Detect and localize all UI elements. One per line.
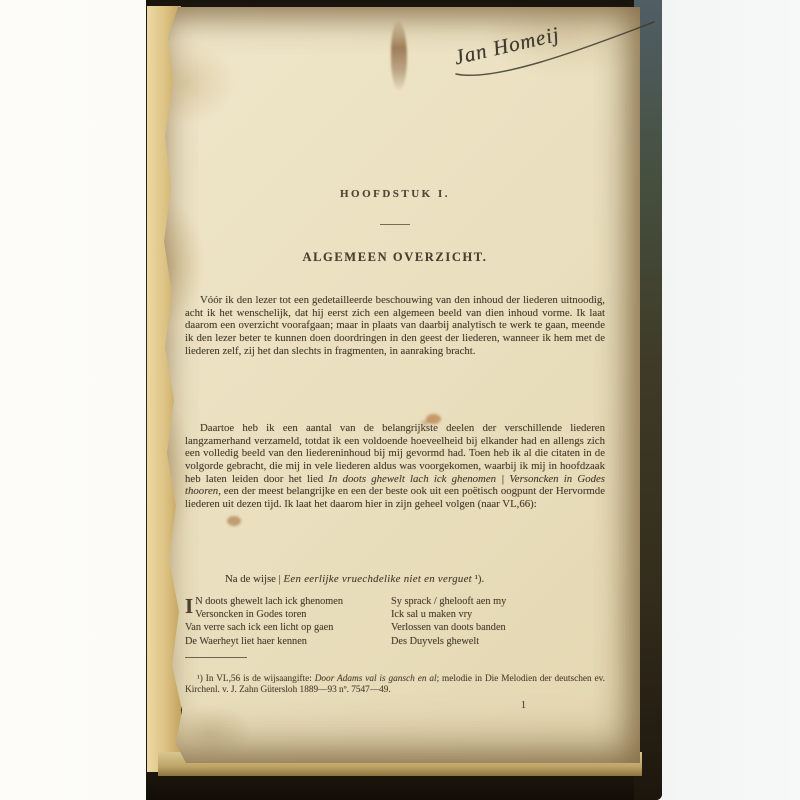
book-photo: Jan Homeij HOOFDSTUK I. ALGEMEEN OVERZIC…	[0, 0, 800, 800]
page-number: 1	[521, 700, 541, 711]
footnote: ¹) In VL,56 is de wijsaangifte: Door Ada…	[185, 674, 605, 695]
tune-name-italic: Een eerlijke vruechdelike niet en vergue…	[284, 573, 472, 585]
foxing-spot	[227, 516, 241, 526]
tune-direction-prefix: Na de wijse |	[225, 573, 284, 585]
heading-divider-rule	[380, 224, 410, 225]
footnote-tune-italic: Door Adams val is gansch en al	[315, 674, 437, 684]
verse-line: Des Duyvels ghewelt	[391, 635, 571, 648]
section-heading: ALGEMEEN OVERZICHT.	[185, 250, 605, 265]
body-paragraph-1: Vóór ik den lezer tot een gedetailleerde…	[185, 294, 605, 358]
tune-direction-line: Na de wijse | Een eerlijke vruechdelike …	[185, 573, 645, 585]
verse-line: N doots ghewelt lach ick ghenomen	[185, 595, 389, 608]
verse-line: De Waerheyt liet haer kennen	[185, 635, 389, 648]
book-page	[152, 7, 640, 763]
footnote-separator-rule	[185, 657, 247, 658]
verse-left-column: I N doots ghewelt lach ick ghenomen Vers…	[185, 595, 389, 648]
ink-stain	[391, 22, 407, 90]
verse-line: Versoncken in Godes toren	[185, 608, 389, 621]
verse-line: Sy sprack / ghelooft aen my	[391, 595, 571, 608]
chapter-heading: HOOFDSTUK I.	[185, 188, 605, 200]
footnote-marker: ¹).	[472, 573, 484, 585]
verse-line: Ick sal u maken vry	[391, 608, 571, 621]
paragraph-2-text: , een der meest belangrijke en een der b…	[185, 485, 605, 510]
verse-line: Van verre sach ick een licht op gaen	[185, 621, 389, 634]
verse-line: Verlossen van doots banden	[391, 621, 571, 634]
signature-flourish	[446, 12, 662, 82]
body-paragraph-2: Daartoe heb ik een aantal van de belangr…	[185, 422, 605, 511]
verse-right-column: Sy sprack / ghelooft aen my Ick sal u ma…	[391, 595, 571, 648]
footnote-text: ¹) In VL,56 is de wijsaangifte:	[197, 674, 315, 684]
drop-cap-initial: I	[185, 595, 193, 620]
